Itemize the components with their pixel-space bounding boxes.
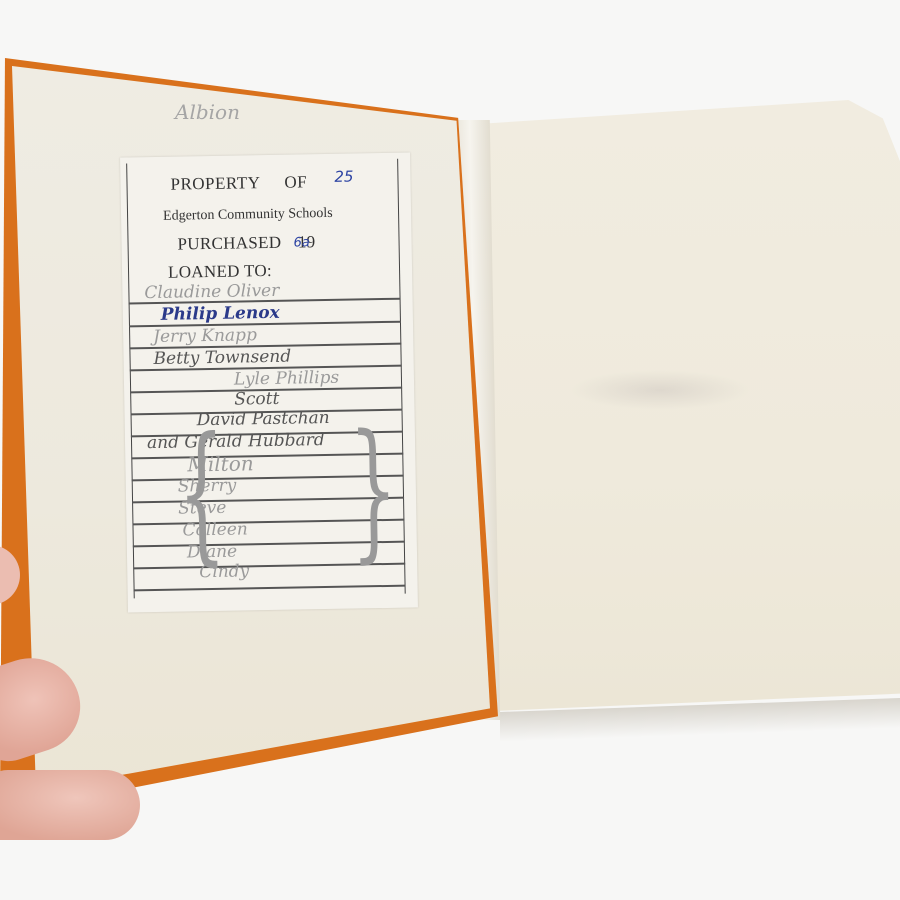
loan-name: Diane <box>187 542 238 563</box>
property-label: PROPERTY <box>170 173 260 194</box>
loan-name: Milton <box>187 451 254 476</box>
year-handwritten: 6a <box>293 235 310 250</box>
loan-name: and Gerald Hubbard <box>147 430 325 453</box>
loan-name: Philip Lenox <box>161 303 280 325</box>
loan-name: Sherry <box>178 476 237 497</box>
of-label: OF <box>284 172 307 191</box>
loan-name: Steve <box>178 498 227 519</box>
loan-name: Jerry Knapp <box>153 325 257 347</box>
loaned-to-label: LOANED TO: <box>168 261 272 283</box>
pencil-bracket-right: } <box>348 415 398 566</box>
loan-name: Lyle Phillips <box>234 368 340 390</box>
property-line: PROPERTYOF <box>170 172 307 194</box>
loan-name: Cindy <box>199 561 249 582</box>
loan-name: Colleen <box>182 519 248 540</box>
photo-scene: Albion PROPERTYOF 25 Edgerton Community … <box>0 0 900 900</box>
faded-stamp-mark <box>570 370 750 410</box>
pencil-inscription: Albion <box>175 100 240 124</box>
loan-name: Claudine Oliver <box>144 281 279 303</box>
loan-name: Scott <box>234 389 279 410</box>
loan-name: Betty Townsend <box>153 347 291 369</box>
hand-finger <box>0 770 140 840</box>
library-loan-card: PROPERTYOF 25 Edgerton Community Schools… <box>120 153 418 613</box>
school-name: Edgerton Community Schools <box>163 206 333 225</box>
handwritten-number: 25 <box>334 167 353 185</box>
purchased-label: PURCHASED <box>177 233 281 254</box>
